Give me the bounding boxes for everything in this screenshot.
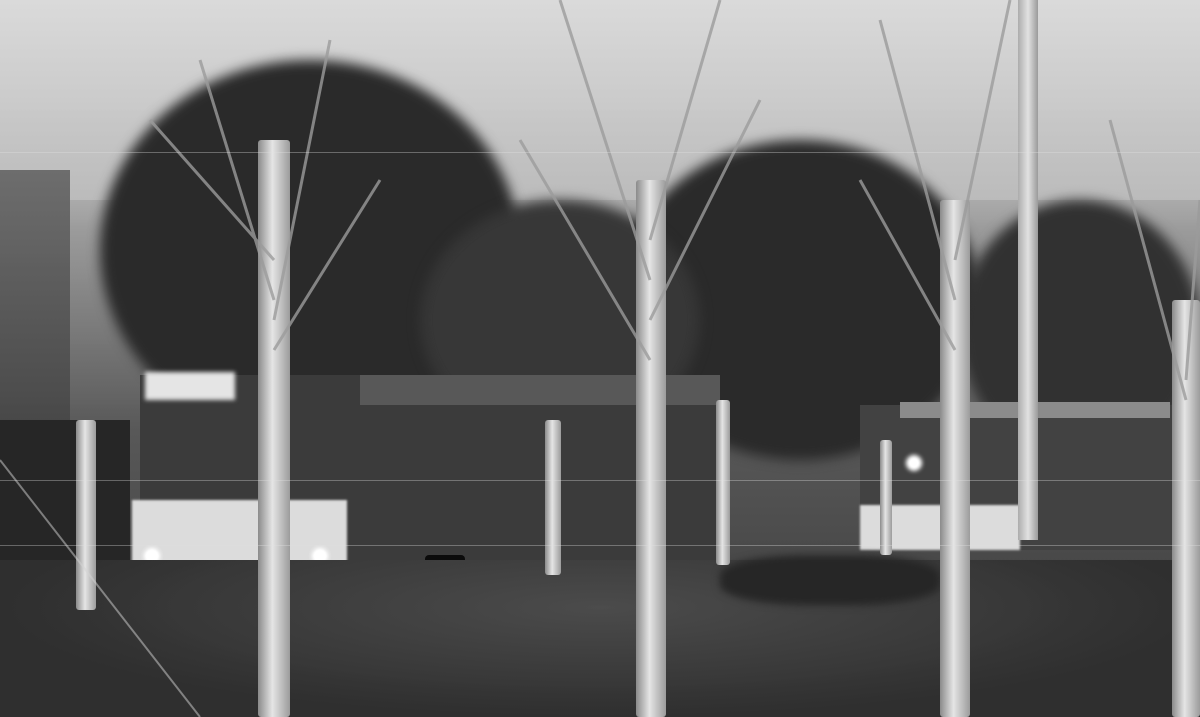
overhead-wire <box>0 480 1200 481</box>
overhead-wire <box>0 152 1200 153</box>
overhead-wire <box>0 545 1200 546</box>
photograph <box>0 0 1200 717</box>
tree-branches <box>0 0 1200 717</box>
